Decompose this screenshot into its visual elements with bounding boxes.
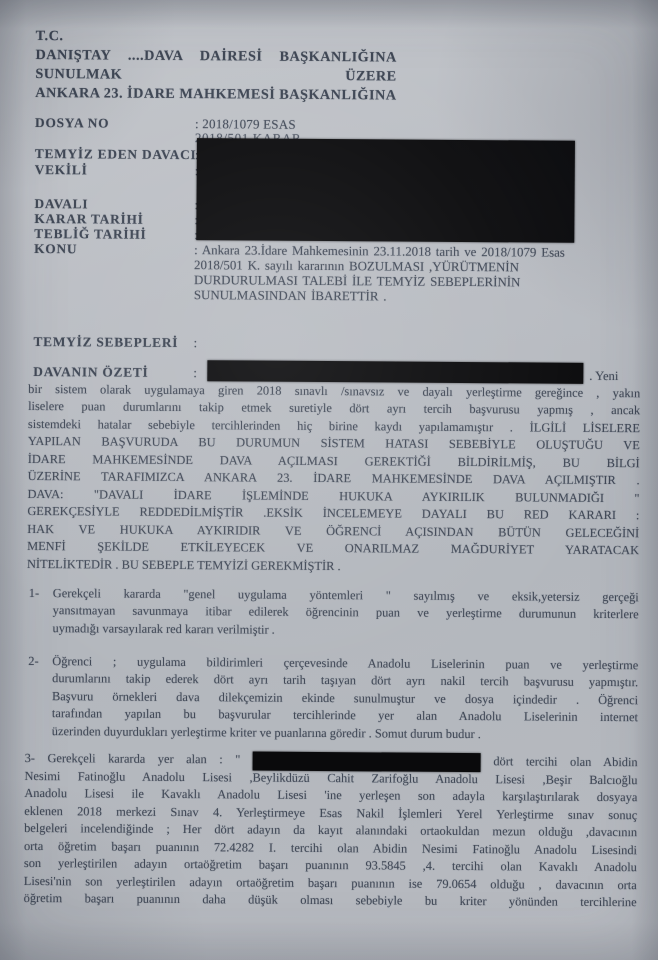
ozet-after-redaction-text: . Yeni — [589, 369, 618, 384]
appeal-reason-1: 1- Gerekçeli kararda "genel uygulama yön… — [28, 585, 638, 642]
field-label: VEKİLİ — [35, 162, 88, 177]
appeal-reason-3-lines: Nesimi Fatinoğlu Anadolu Lisesi ,Beylikd… — [24, 767, 638, 912]
field-row-dosya-no: DOSYA NO : 2018/1079 ESAS — [35, 115, 647, 135]
colon: : — [193, 335, 197, 351]
header-line: SUNULMAK ÜZERE — [35, 65, 396, 87]
field-row-konu: KONU : Ankara 23.İdare Mahkemesinin 23.1… — [34, 241, 646, 261]
appeal-reason-3-tail: dört tercihi olan Abidin — [493, 754, 637, 769]
appeal-reason-3-prefix: 3- Gerekçeli kararda yer alan : " — [25, 751, 241, 767]
appeal-reason-2: 2- Öğrenci ; uygulama bildirimleri çerçe… — [28, 653, 639, 745]
redaction-box-ozet — [207, 360, 583, 384]
appeal-reason-3: 3- Gerekçeli kararda yer alan : " dört t… — [24, 750, 638, 912]
konu-value-line: SUNULMASINDAN İBARETTİR . — [194, 288, 658, 306]
section-label: TEMYİZ SEBEPLERİ — [33, 334, 178, 350]
field-label: KARAR TARİHİ — [34, 211, 143, 227]
document-header: T.C.DANIŞTAY ....DAVA DAİRESİ BAŞKANLIĞI… — [35, 27, 397, 106]
redaction-box-parties — [196, 138, 575, 243]
list-number: 2- — [28, 653, 38, 671]
document-content: T.C.DANIŞTAY ....DAVA DAİRESİ BAŞKANLIĞI… — [0, 0, 658, 960]
field-label: KONU — [34, 241, 77, 256]
field-label: TEBLİĞ TARİHİ — [34, 226, 146, 242]
list-number: 1- — [29, 585, 39, 603]
field-label: DOSYA NO — [35, 115, 109, 131]
appeal-reason-3-line: öğretim başarı puanının daha düşük olmas… — [24, 890, 637, 912]
temyiz-sebepleri-heading: TEMYİZ SEBEPLERİ : — [33, 334, 645, 354]
colon: : — [193, 365, 197, 381]
konu-value: : Ankara 23.İdare Mahkemesinin 23.11.201… — [194, 243, 658, 307]
header-line: ANKARA 23. İDARE MAHKEMESİ BAŞKANLIĞINA — [35, 84, 396, 106]
field-label: DAVALI — [34, 196, 88, 211]
field-label: TEMYİZ EDEN DAVACI — [35, 146, 197, 162]
appeal-reason-2-lines: Öğrenci ; uygulama bildirimleri çerçeves… — [52, 653, 639, 744]
appeal-reason-1-lines: Gerekçeli kararda "genel uygulama yöntem… — [52, 585, 638, 641]
scanned-legal-document: T.C.DANIŞTAY ....DAVA DAİRESİ BAŞKANLIĞI… — [0, 0, 658, 960]
header-line: T.C. — [36, 27, 397, 49]
ozet-paragraph: bir sistem olarak uygulamaya giren 2018 … — [27, 381, 640, 577]
header-line: DANIŞTAY ....DAVA DAİRESİ BAŞKANLIĞINA — [35, 46, 396, 68]
section-label: DAVANIN ÖZETİ — [33, 364, 148, 380]
